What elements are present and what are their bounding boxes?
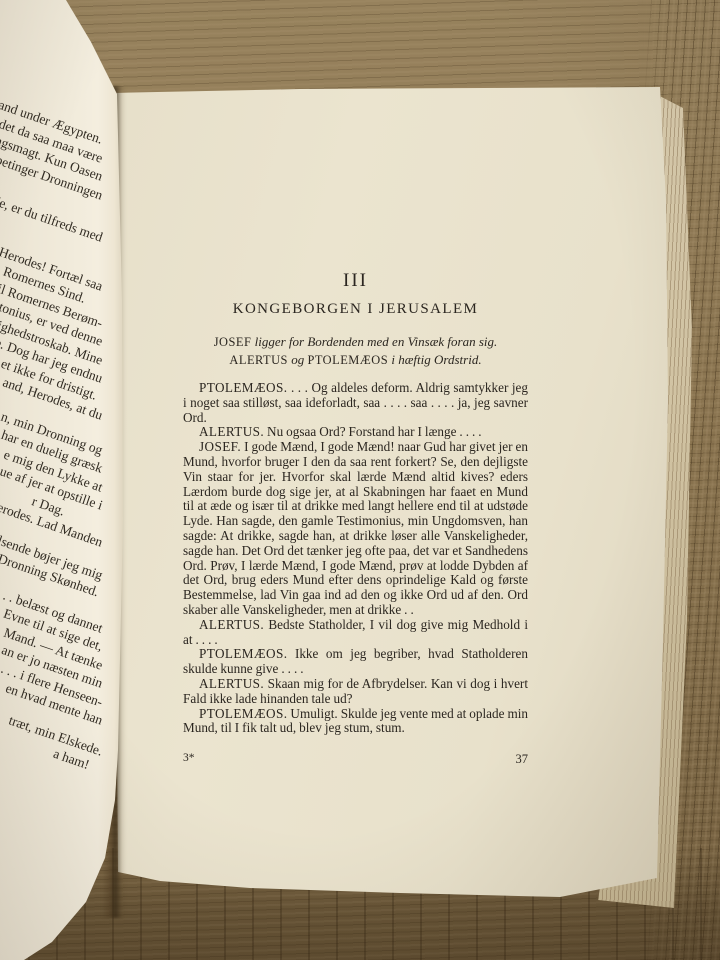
chapter-title: KONGEBORGEN I JERUSALEM (183, 301, 528, 318)
dialogue-paragraph: ALERTUS. Nu ogsaa Ord? Forstand har I læ… (183, 425, 528, 440)
stage-direction-text: ligger for Bordenden med en Vinsæk foran… (251, 334, 497, 349)
dialogue-text: PTOLEMÆOS. . . . Og aldeles deform. Aldr… (183, 381, 528, 736)
wood-table-background: { "colors": { "wood": "#8a7450", "wood_d… (0, 0, 720, 960)
page-footer: 3* 37 (183, 752, 528, 767)
stage-direction-text: og (288, 352, 308, 367)
speaker-name: ALERTUS. (199, 617, 264, 632)
speaker-name: ALERTUS. (199, 424, 264, 439)
dialogue-paragraph: ALERTUS. Skaan mig for de Afbrydelser. K… (183, 677, 528, 707)
character-name: PTOLEMÆOS (307, 353, 388, 367)
right-page-text-column: III KONGEBORGEN I JERUSALEM JOSEF ligger… (183, 270, 528, 767)
stage-directions: JOSEF ligger for Bordenden med en Vinsæk… (183, 333, 528, 369)
speaker-name: PTOLEMÆOS. (199, 706, 287, 721)
character-name: JOSEF (214, 335, 252, 349)
speaker-name: PTOLEMÆOS. (199, 646, 287, 661)
character-name: ALERTUS (229, 353, 288, 367)
dialogue-paragraph: PTOLEMÆOS. Ikke om jeg begriber, hvad St… (183, 647, 528, 677)
chapter-number: III (183, 270, 528, 292)
speaker-name: ALERTUS. (199, 676, 264, 691)
signature-mark: 3* (183, 752, 195, 767)
stage-direction-text: i hæftig Ordstrid. (388, 352, 481, 367)
stage-direction-line: JOSEF ligger for Bordenden med en Vinsæk… (183, 333, 528, 351)
left-page-text: land under Ægypten.n det da saa maa være… (0, 131, 102, 780)
page-number: 37 (516, 752, 529, 767)
dialogue-paragraph: JOSEF. I gode Mænd, I gode Mænd! naar Gu… (183, 440, 528, 618)
speaker-name: PTOLEMÆOS. (199, 380, 287, 395)
speaker-name: JOSEF. (199, 439, 241, 454)
dialogue-paragraph: PTOLEMÆOS. . . . Og aldeles deform. Aldr… (183, 381, 528, 425)
stage-direction-line: ALERTUS og PTOLEMÆOS i hæftig Ordstrid. (183, 351, 528, 369)
dialogue-paragraph: PTOLEMÆOS. Umuligt. Skulde jeg vente med… (183, 707, 528, 737)
dialogue-paragraph: ALERTUS. Bedste Statholder, I vil dog gi… (183, 618, 528, 648)
